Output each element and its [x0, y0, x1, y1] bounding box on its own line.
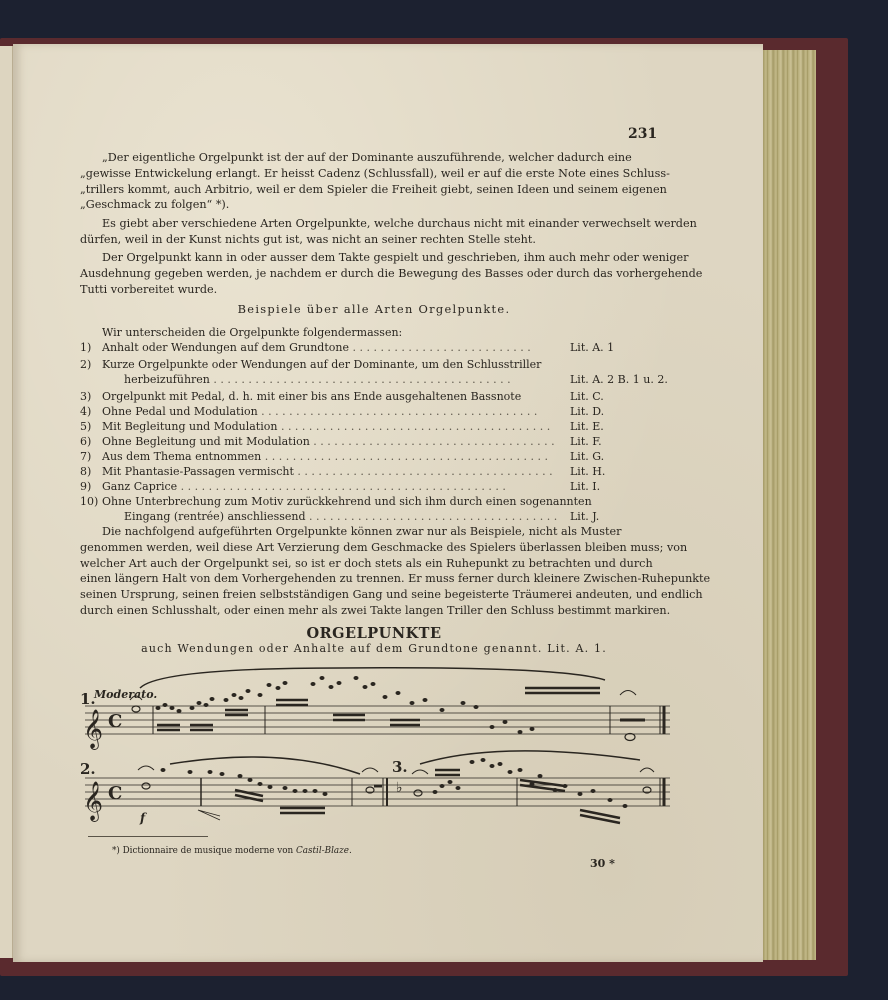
text-line: „trillers kommt, auch Arbitrio, weil er …	[80, 182, 668, 198]
text-line: genommen werden, weil diese Art Verzieru…	[80, 540, 668, 556]
lit-reference: Lit. D.	[570, 404, 604, 419]
lit-reference: Lit. F.	[570, 434, 602, 449]
list-item-2-cont: herbeizuführen . . . . . . . . . . . . .…	[80, 372, 680, 387]
list-item-6: 6)Ohne Begleitung und mit Modulation . .…	[80, 434, 680, 449]
flat-key-signature-icon: ♭	[396, 780, 403, 796]
text-line: welcher Art auch der Orgelpunkt sei, so …	[80, 556, 668, 572]
list-intro: Wir unterscheiden die Orgelpunkte folgen…	[80, 325, 702, 340]
text-line: Tutti vorbereitet wurde.	[80, 282, 668, 298]
music-title: ORGELPUNKTE	[80, 625, 668, 642]
list-item-7: 7)Aus dem Thema entnommen . . . . . . . …	[80, 449, 680, 464]
text-line: Ausdehnung gegeben werden, je nachdem er…	[80, 266, 668, 282]
printer-signature: 30 *	[590, 857, 615, 870]
lit-reference: Lit. G.	[570, 449, 604, 464]
list-item-9: 9)Ganz Caprice . . . . . . . . . . . . .…	[80, 479, 680, 494]
text-line: durch einen Schlusshalt, oder einen mehr…	[80, 603, 668, 619]
treble-clef-icon: 𝄞	[83, 709, 103, 750]
lit-reference: Lit. H.	[570, 464, 605, 479]
common-time-icon: C	[108, 711, 122, 732]
text-line: „Der eigentliche Orgelpunkt ist der auf …	[80, 150, 668, 166]
treble-clef-icon: 𝄞	[83, 781, 103, 822]
list-item-10-cont: Eingang (rentrée) anschliessend . . . . …	[80, 509, 680, 524]
text-line: Die nachfolgend aufgeführten Orgelpunkte…	[80, 524, 668, 540]
list-item-8: 8)Mit Phantasie-Passagen vermischt . . .…	[80, 464, 680, 479]
list-item-3: 3)Orgelpunkt mit Pedal, d. h. mit einer …	[80, 389, 680, 404]
lit-reference: Lit. E.	[570, 419, 604, 434]
paragraph-arten: Es giebt aber verschiedene Arten Orgelpu…	[80, 216, 668, 248]
footnote-divider	[88, 836, 208, 837]
lit-reference: Lit. I.	[570, 479, 600, 494]
example-3-label: 3.	[392, 758, 408, 776]
text-line: einen längern Halt von dem Vorhergehende…	[80, 571, 668, 587]
dynamic-forte: f	[139, 811, 147, 825]
tempo-marking: Moderato.	[93, 688, 157, 701]
example-2-label: 2.	[80, 760, 96, 778]
lit-reference: Lit. A. 2 B. 1 u. 2.	[570, 372, 668, 387]
text-line: seinen Ursprung, seinen freien selbststä…	[80, 587, 668, 603]
section-heading: Beispiele über alle Arten Orgelpunkte.	[80, 302, 668, 316]
music-score: 1. Moderato. 𝄞 C	[80, 660, 680, 840]
paragraph-beispiele: Die nachfolgend aufgeführten Orgelpunkte…	[80, 524, 668, 619]
list-item-5: 5)Mit Begleitung und Modulation . . . . …	[80, 419, 680, 434]
text-line: „gewisse Entwickelung erlangt. Er heisst…	[80, 166, 668, 182]
footnote-author: Castil-Blaze.	[296, 846, 352, 856]
footnote: *) Dictionnaire de musique moderne von C…	[112, 846, 352, 856]
text-line: „Geschmack zu folgen“ *).	[80, 197, 668, 213]
text-line: dürfen, weil in der Kunst nichts gut ist…	[80, 232, 668, 248]
music-subtitle: auch Wendungen oder Anhalte auf dem Grun…	[80, 642, 668, 655]
list-item-1: 1)Anhalt oder Wendungen auf dem Grundton…	[80, 340, 680, 355]
text-line: Es giebt aber verschiedene Arten Orgelpu…	[80, 216, 668, 232]
lit-reference: Lit. C.	[570, 389, 604, 404]
lit-reference: Lit. J.	[570, 509, 599, 524]
common-time-icon: C	[108, 783, 122, 804]
list-item-10: 10)Ohne Unterbrechung zum Motiv zurückke…	[80, 494, 680, 509]
list-item-4: 4)Ohne Pedal und Modulation . . . . . . …	[80, 404, 680, 419]
paragraph-takte: Der Orgelpunkt kann in oder ausser dem T…	[80, 250, 668, 297]
text-line: Der Orgelpunkt kann in oder ausser dem T…	[80, 250, 668, 266]
page-edges	[757, 50, 816, 960]
page-number: 231	[628, 126, 657, 142]
list-item-2: 2)Kurze Orgelpunkte oder Wendungen auf d…	[80, 357, 680, 372]
paragraph-quote: „Der eigentliche Orgelpunkt ist der auf …	[80, 150, 668, 213]
lit-reference: Lit. A. 1	[570, 340, 614, 355]
left-page-edge	[0, 46, 13, 958]
